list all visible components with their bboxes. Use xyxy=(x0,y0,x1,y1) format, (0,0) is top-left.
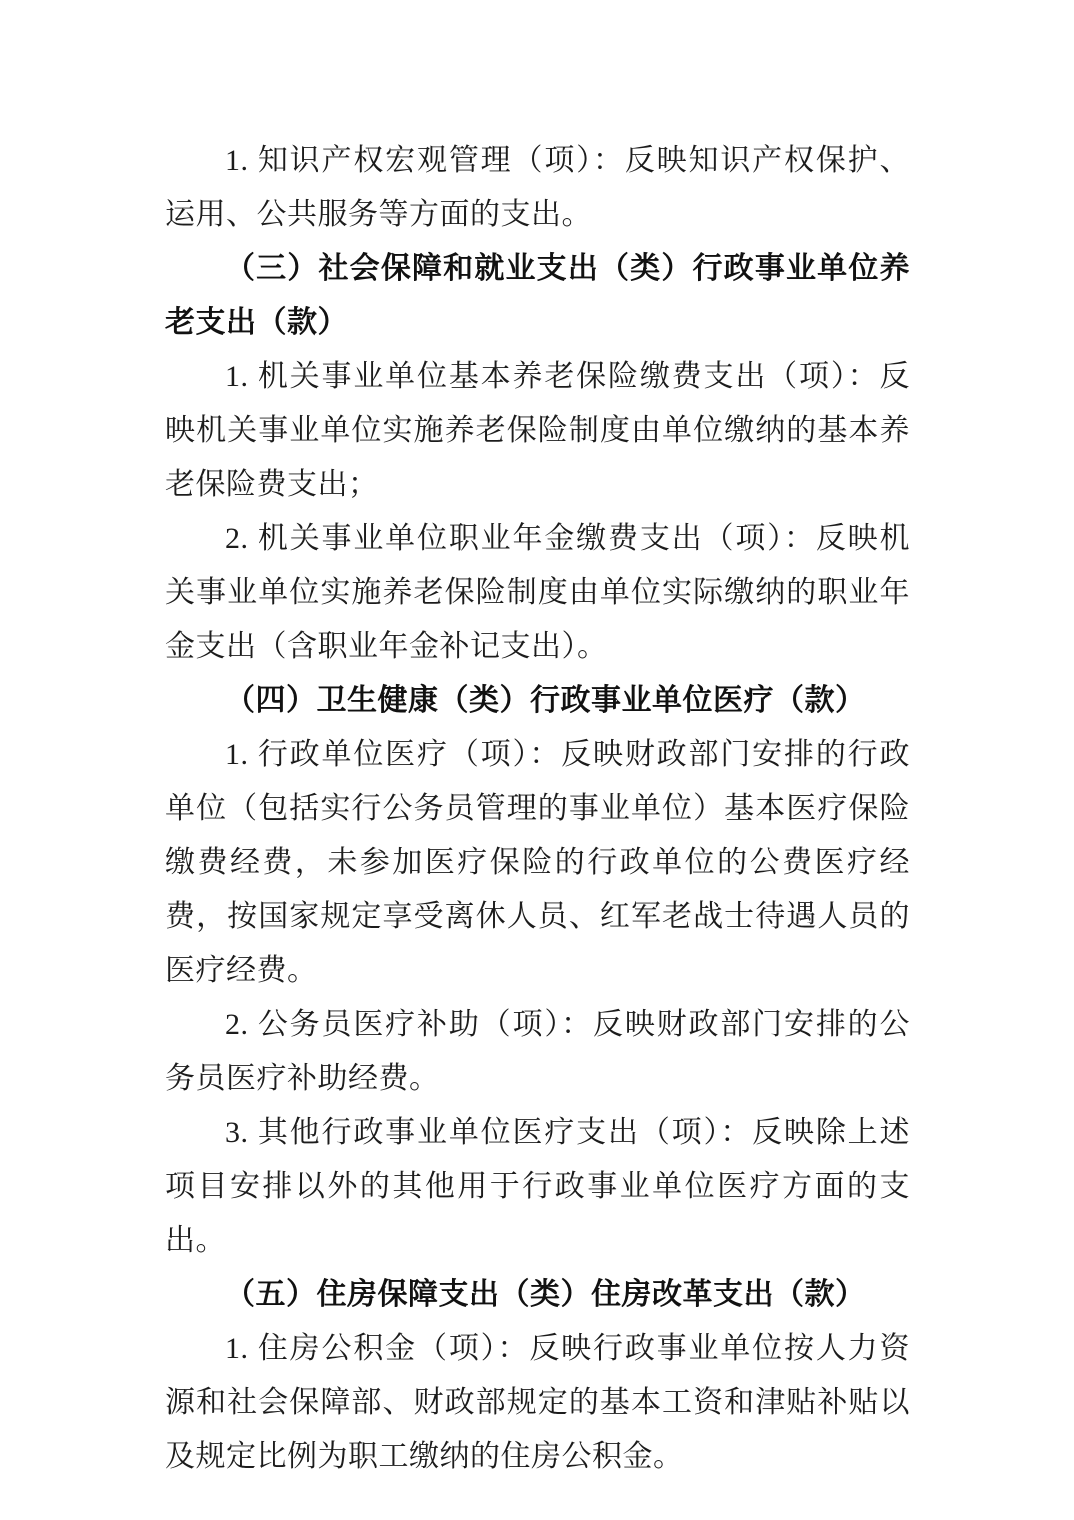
section-heading: （四）卫生健康（类）行政事业单位医疗（款） xyxy=(165,674,910,728)
document-text-block: 1. 知识产权宏观管理（项）：反映知识产权保护、运用、公共服务等方面的支出。（三… xyxy=(165,134,910,1484)
paragraph: 1. 机关事业单位基本养老保险缴费支出（项）：反映机关事业单位实施养老保险制度由… xyxy=(165,350,910,512)
paragraph: 2. 公务员医疗补助（项）：反映财政部门安排的公务员医疗补助经费。 xyxy=(165,998,910,1106)
section-heading: （五）住房保障支出（类）住房改革支出（款） xyxy=(165,1268,910,1322)
paragraph: 1. 住房公积金（项）：反映行政事业单位按人力资源和社会保障部、财政部规定的基本… xyxy=(165,1322,910,1484)
paragraph: 1. 知识产权宏观管理（项）：反映知识产权保护、运用、公共服务等方面的支出。 xyxy=(165,134,910,242)
paragraph: 1. 行政单位医疗（项）：反映财政部门安排的行政单位（包括实行公务员管理的事业单… xyxy=(165,728,910,998)
document-page: 1. 知识产权宏观管理（项）：反映知识产权保护、运用、公共服务等方面的支出。（三… xyxy=(0,0,1074,1520)
section-heading: （三）社会保障和就业支出（类）行政事业单位养老支出（款） xyxy=(165,242,910,350)
paragraph: 2. 机关事业单位职业年金缴费支出（项）：反映机关事业单位实施养老保险制度由单位… xyxy=(165,512,910,674)
paragraph: 3. 其他行政事业单位医疗支出（项）：反映除上述项目安排以外的其他用于行政事业单… xyxy=(165,1106,910,1268)
